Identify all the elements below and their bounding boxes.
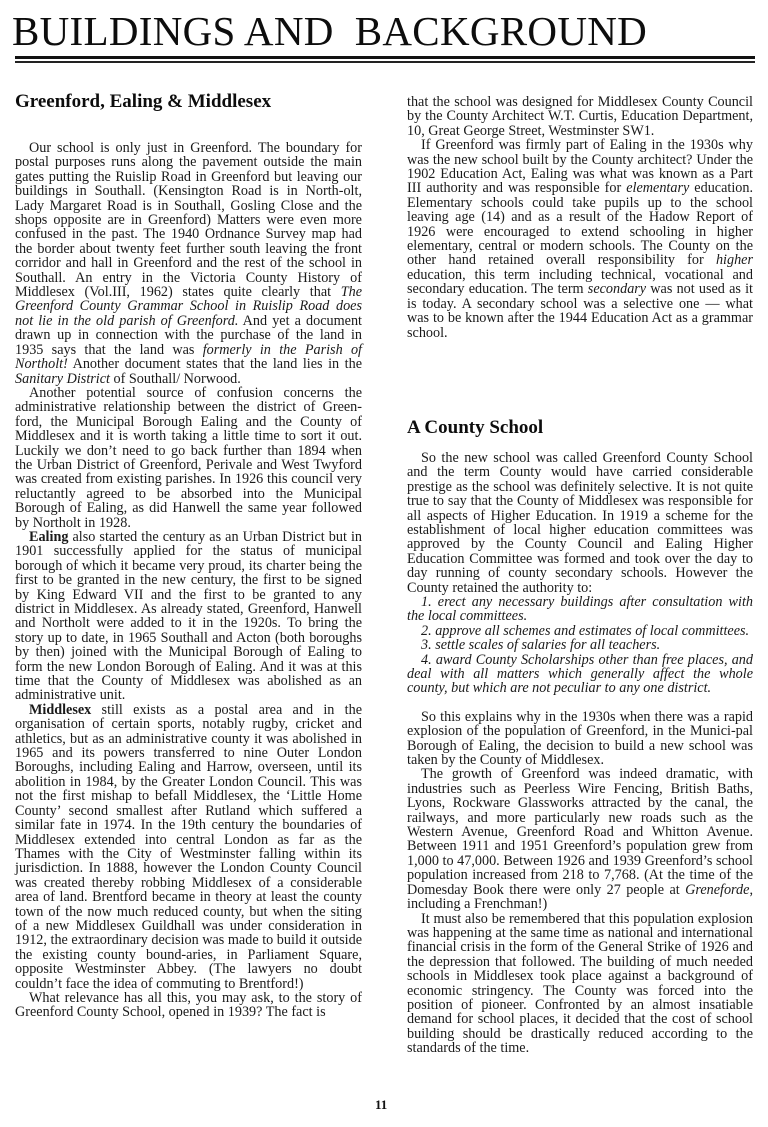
text: The growth of Greenford was indeed drama… — [407, 766, 753, 897]
paragraph-administrative: Another potential source of confusion co… — [15, 386, 362, 530]
text: Our school is only just in Greenford. Th… — [15, 140, 362, 300]
right-column: that the school was designed for Middles… — [407, 0, 753, 1056]
list-item: 3. settle scales of salaries for all tea… — [407, 638, 753, 652]
section-heading-greenford: Greenford, Ealing & Middlesex — [15, 91, 362, 113]
italic-term: Greneforde — [685, 882, 749, 898]
list-item: 2. approve all schemes and estimates of … — [407, 624, 753, 638]
paragraph-crisis: It must also be remembered that this pop… — [407, 912, 753, 1056]
left-column: Greenford, Ealing & Middlesex Our school… — [15, 0, 362, 1020]
paragraph-explanation: So this explains why in the 1930s when t… — [407, 710, 753, 768]
paragraph-boundary: Our school is only just in Greenford. Th… — [15, 141, 362, 386]
text: still exists as a postal area and in the… — [15, 702, 362, 992]
paragraph-growth: The growth of Greenford was indeed drama… — [407, 767, 753, 911]
section-heading-county-school: A County School — [407, 417, 753, 439]
paragraph-architect: that the school was designed for Middles… — [407, 95, 753, 138]
list-item: 4. award County Scholarships other than … — [407, 653, 753, 696]
paragraph-ealing: Ealing also started the century as an Ur… — [15, 530, 362, 703]
paragraph-relevance: What relevance has all this, you may ask… — [15, 991, 362, 1020]
text: also started the century as an Urban Dis… — [15, 529, 362, 703]
paragraph-county-school: So the new school was called Greenford C… — [407, 451, 753, 595]
authority-list: 1. erect any necessary buildings after c… — [407, 595, 753, 696]
list-item: 1. erect any necessary buildings after c… — [407, 595, 753, 624]
page-number: 11 — [375, 1097, 387, 1113]
paragraph-middlesex: Middlesex still exists as a postal area … — [15, 703, 362, 991]
paragraph-education-act: If Greenford was firmly part of Ealing i… — [407, 138, 753, 340]
